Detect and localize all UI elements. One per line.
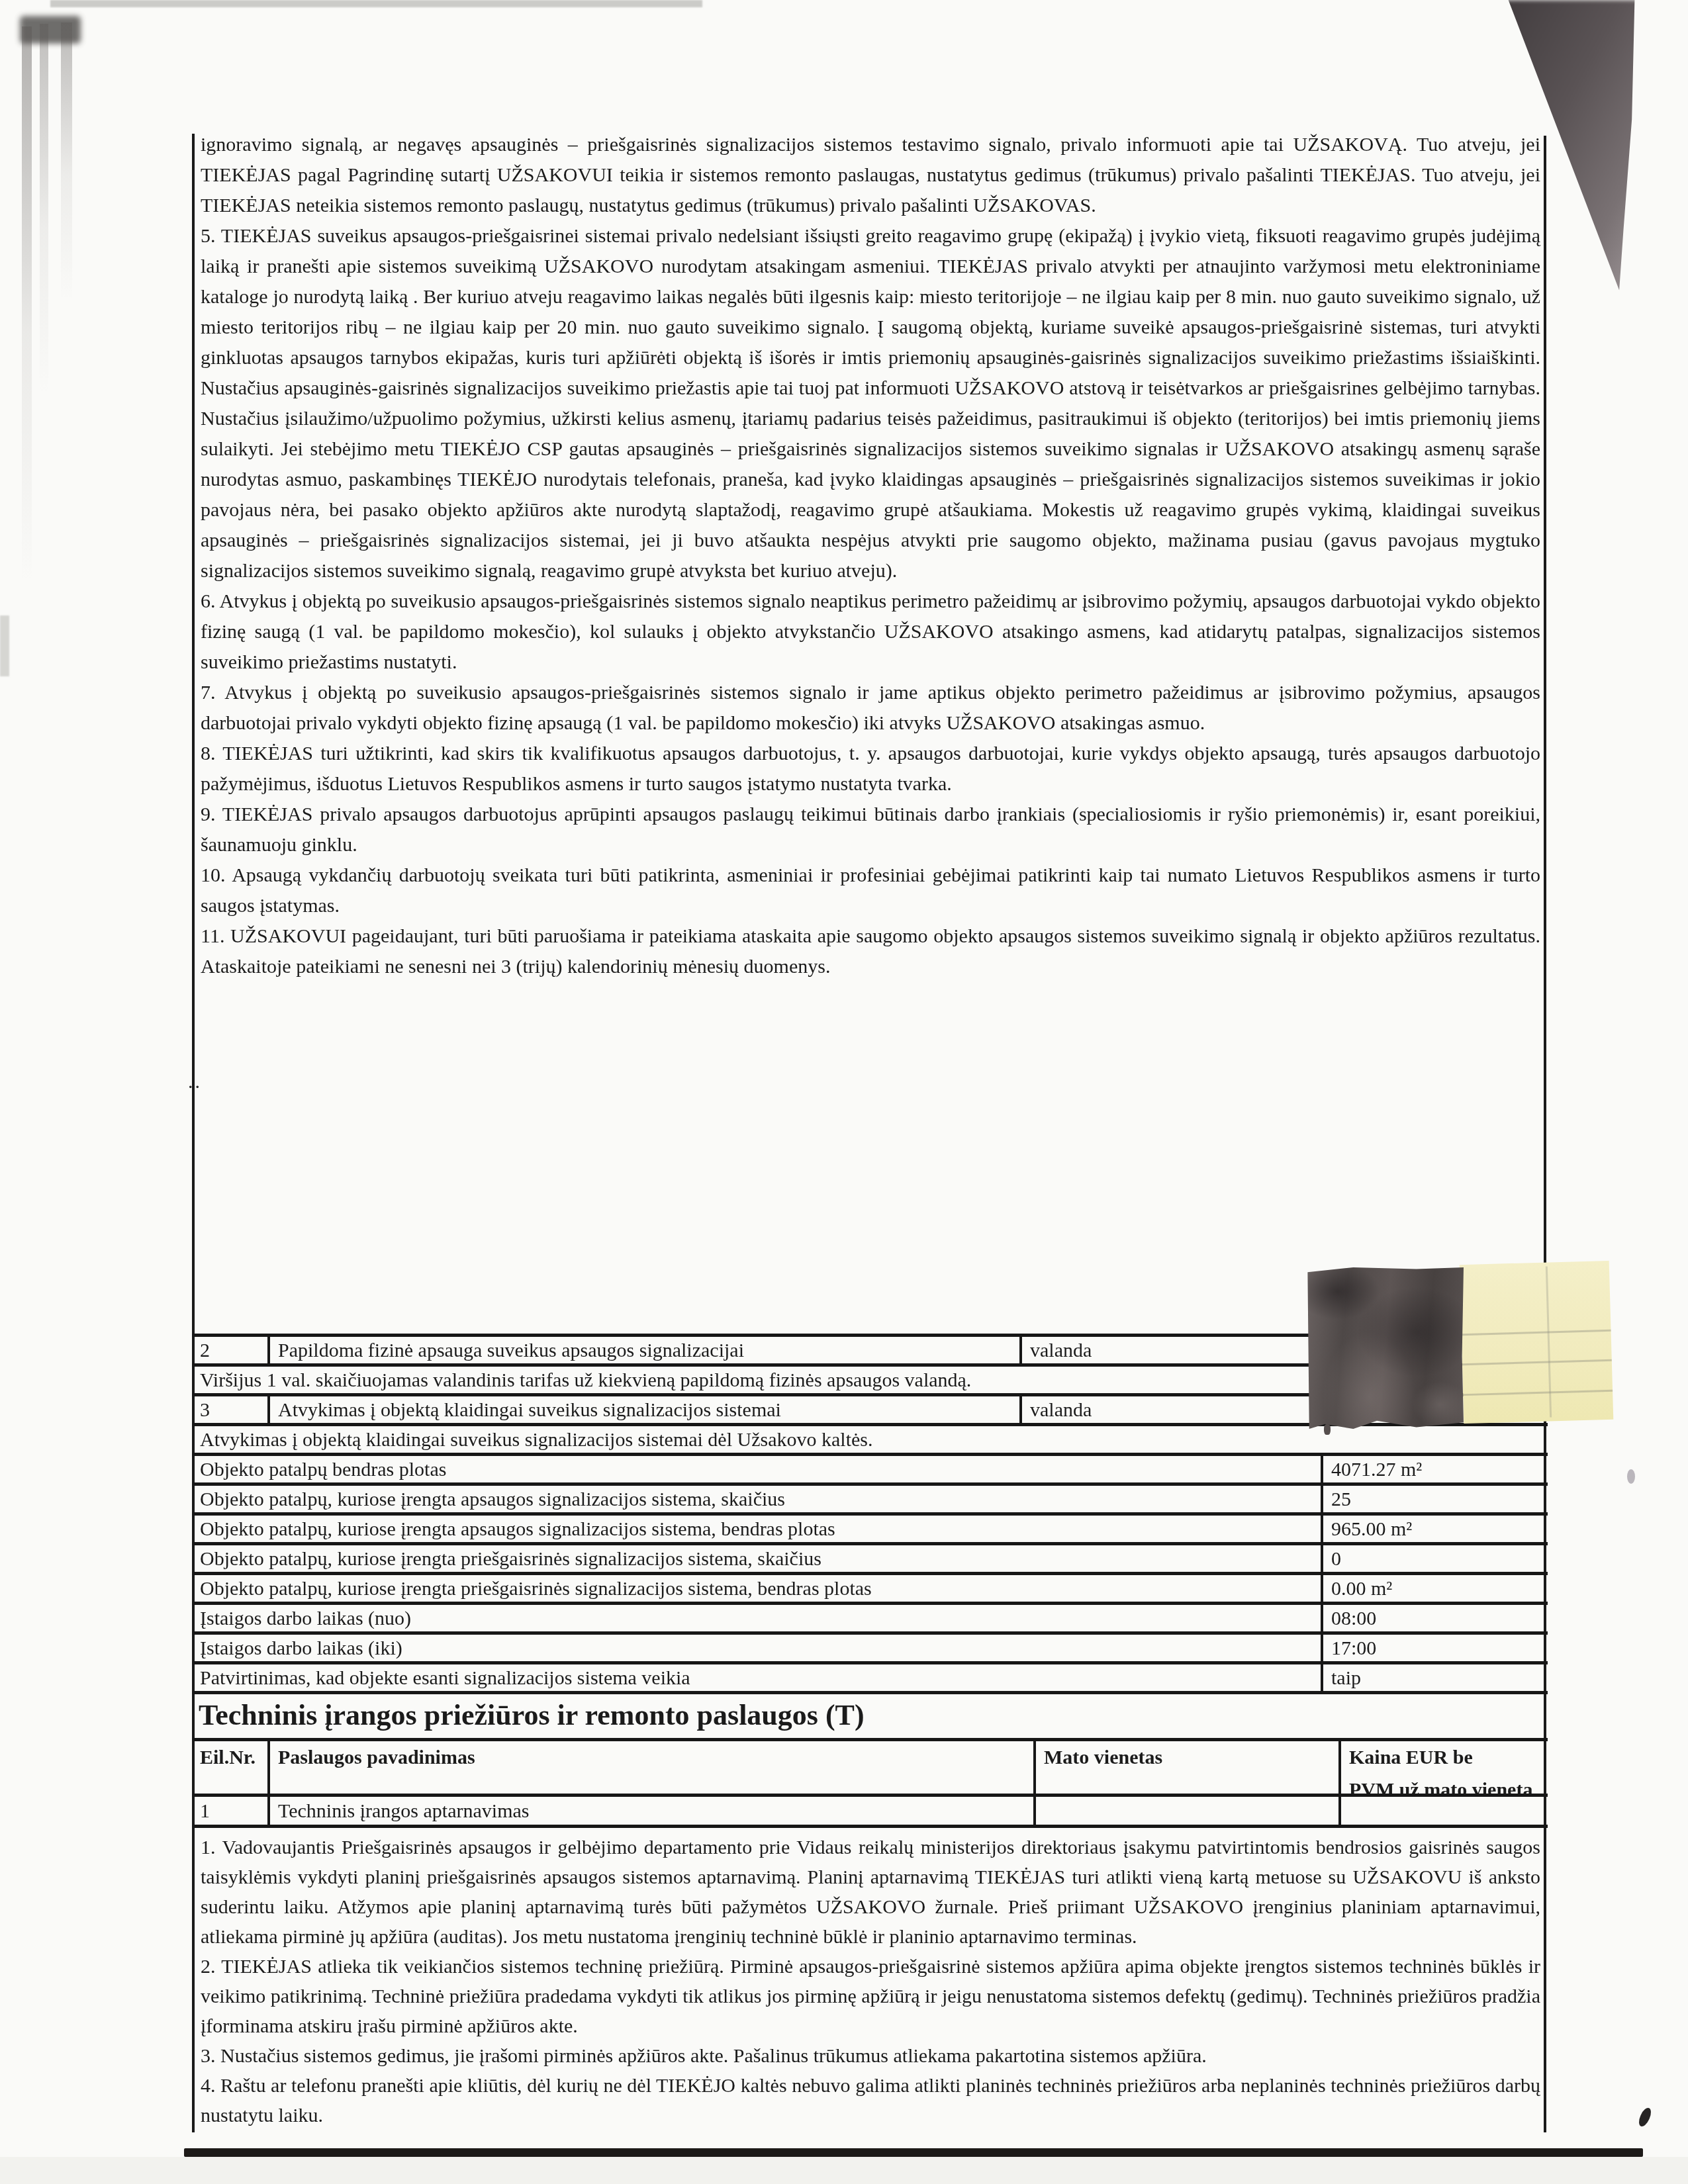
bottom-scan-bar	[184, 2148, 1643, 2157]
row-number-cell: 1	[192, 1797, 270, 1825]
clause-8: 8. TIEKĖJAS turi užtikrinti, kad skirs t…	[201, 739, 1540, 799]
price-cell	[1341, 1797, 1548, 1825]
column-header-unit: Mato vienetas	[1036, 1741, 1341, 1794]
table-row: Atvykimas į objektą klaidingai suveikus …	[192, 1426, 1548, 1456]
object-value-cell: 25	[1323, 1486, 1548, 1512]
table-row: Objekto patalpų, kuriose įrengta apsaugo…	[192, 1516, 1548, 1545]
object-label-cell: Patvirtinimas, kad objekte esanti signal…	[192, 1664, 1323, 1691]
column-header-number: Eil.Nr.	[192, 1741, 270, 1794]
terms-clauses-section: ignoravimo signalą, ar negavęs apsauginė…	[201, 130, 1540, 982]
object-value-cell: 965.00 m²	[1323, 1516, 1548, 1542]
maintenance-clause-2: 2. TIEKĖJAS atlieka tik veikiančios sist…	[201, 1952, 1540, 2041]
service-name-cell: Papildoma fizinė apsauga suveikus apsaug…	[270, 1337, 1022, 1363]
unit-cell	[1036, 1797, 1341, 1825]
object-value-cell: 4071.27 m²	[1323, 1456, 1548, 1482]
price-header-line1: Kaina EUR be	[1349, 1746, 1542, 1770]
scan-streak-artifact	[40, 24, 48, 394]
object-label-cell: Įstaigos darbo laikas (nuo)	[192, 1605, 1323, 1631]
object-label-cell: Objekto patalpų, kuriose įrengta priešga…	[192, 1545, 1323, 1572]
ink-blob-drip	[1324, 1424, 1331, 1435]
table-header-row: Eil.Nr. Paslaugos pavadinimas Mato viene…	[192, 1741, 1548, 1797]
note-showthrough-line	[1462, 1330, 1611, 1336]
object-label-cell: Objekto patalpų, kuriose įrengta priešga…	[192, 1575, 1323, 1602]
clause-9: 9. TIEKĖJAS privalo apsaugos darbuotojus…	[201, 799, 1540, 860]
note-showthrough-line	[1462, 1359, 1612, 1365]
clause-6: 6. Atvykus į objektą po suveikusio apsau…	[201, 586, 1540, 678]
table-row: 1 Techninis įrangos aptarnavimas	[192, 1797, 1548, 1828]
top-edge-streak-artifact	[50, 0, 702, 7]
service-name-cell: Atvykimas į objektą klaidingai suveikus …	[270, 1396, 1022, 1423]
row-number-cell: 2	[192, 1337, 270, 1363]
scanned-contract-page: ignoravimo signalą, ar negavęs apsauginė…	[0, 0, 1688, 2184]
maintenance-clause-4: 4. Raštu ar telefonu pranešti apie kliūt…	[201, 2071, 1540, 2130]
object-value-cell: 17:00	[1323, 1635, 1548, 1661]
frame-left-border	[192, 134, 195, 2132]
clause-continuation: ignoravimo signalą, ar negavęs apsauginė…	[201, 130, 1540, 221]
bottom-right-pen-mark	[1637, 2106, 1654, 2128]
clause-10: 10. Apsaugą vykdančių darbuotojų sveikat…	[201, 860, 1540, 921]
table-row: Įstaigos darbo laikas (iki) 17:00	[192, 1635, 1548, 1664]
object-value-cell: taip	[1323, 1664, 1548, 1691]
object-value-cell: 0.00 m²	[1323, 1575, 1548, 1602]
object-label-cell: Objekto patalpų bendras plotas	[192, 1456, 1323, 1482]
section-heading: Techninis įrangos priežiūros ir remonto …	[192, 1694, 1548, 1738]
object-label-cell: Objekto patalpų, kuriose įrengta apsaugo…	[192, 1486, 1323, 1512]
column-header-service: Paslaugos pavadinimas	[270, 1741, 1036, 1794]
column-header-price: Kaina EUR be PVM už mato vienetą	[1341, 1741, 1548, 1794]
note-cell: Atvykimas į objektą klaidingai suveikus …	[192, 1426, 1548, 1453]
object-value-cell: 08:00	[1323, 1605, 1548, 1631]
scan-streak-artifact	[61, 23, 72, 300]
maintenance-clauses-section: 1. Vadovaujantis Priešgaisrinės apsaugos…	[201, 1833, 1540, 2130]
table-row: Įstaigos darbo laikas (nuo) 08:00	[192, 1605, 1548, 1635]
table-row: Objekto patalpų bendras plotas 4071.27 m…	[192, 1456, 1548, 1486]
note-showthrough-line	[1546, 1266, 1552, 1417]
left-edge-mark-artifact	[0, 615, 9, 676]
table-row: Objekto patalpų, kuriose įrengta apsaugo…	[192, 1486, 1548, 1516]
note-showthrough-line	[1463, 1390, 1613, 1396]
margin-dots-artifact: ..	[188, 1071, 202, 1093]
frame-right-border	[1544, 136, 1546, 2132]
clause-11: 11. UŽSAKOVUI pageidaujant, turi būti pa…	[201, 921, 1540, 982]
table-row: Patvirtinimas, kad objekte esanti signal…	[192, 1664, 1548, 1694]
below-bar-strip	[0, 2157, 1688, 2184]
yellow-sticky-note	[1460, 1261, 1614, 1424]
clause-5: 5. TIEKĖJAS suveikus apsaugos-priešgaisr…	[201, 221, 1540, 586]
object-label-cell: Objekto patalpų, kuriose įrengta apsaugo…	[192, 1516, 1323, 1542]
row-number-cell: 3	[192, 1396, 270, 1423]
object-label-cell: Įstaigos darbo laikas (iki)	[192, 1635, 1323, 1661]
clause-7: 7. Atvykus į objektą po suveikusio apsau…	[201, 678, 1540, 739]
maintenance-clause-1: 1. Vadovaujantis Priešgaisrinės apsaugos…	[201, 1833, 1540, 1952]
maintenance-clause-3: 3. Nustačius sistemos gedimus, jie įrašo…	[201, 2041, 1540, 2071]
service-name-cell: Techninis įrangos aptarnavimas	[270, 1797, 1036, 1825]
table-row: Techninis įrangos priežiūros ir remonto …	[192, 1694, 1548, 1741]
right-edge-dot-artifact	[1627, 1469, 1635, 1484]
object-value-cell: 0	[1323, 1545, 1548, 1572]
scan-streak-artifact	[22, 26, 32, 582]
table-row: Objekto patalpų, kuriose įrengta priešga…	[192, 1575, 1548, 1605]
price-header-line2: PVM už mato vienetą	[1349, 1778, 1542, 1794]
table-row: Objekto patalpų, kuriose įrengta priešga…	[192, 1545, 1548, 1575]
ink-blob-redaction	[1306, 1267, 1464, 1429]
